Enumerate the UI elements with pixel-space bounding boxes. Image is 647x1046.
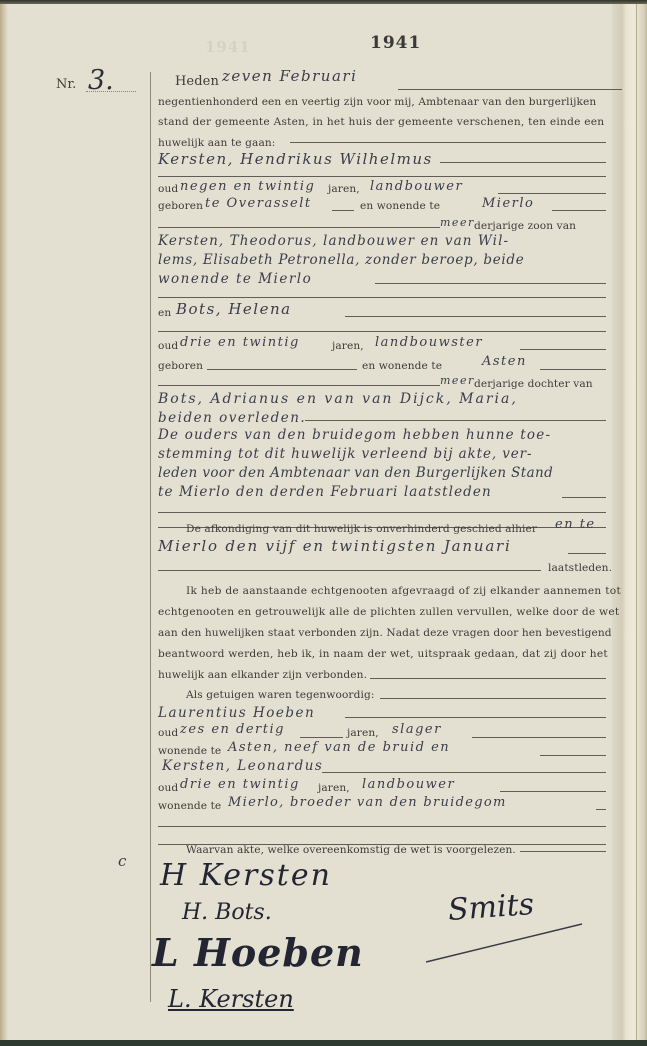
binding-fold-line — [636, 4, 637, 1040]
declaration-line-2: echtgenooten en getrouwelijk alle de pli… — [158, 606, 619, 618]
witnesses-intro: Als getuigen waren tegenwoordig: — [186, 689, 375, 701]
groom-wonende-label: en wonende te — [360, 200, 440, 212]
witness-2-jaren-label: jaren, — [318, 782, 350, 794]
signature-witness-2: L. Kersten — [168, 985, 294, 1013]
blank-rule — [158, 297, 606, 298]
groom-residence: Mierlo — [482, 196, 534, 211]
scan-bottom-edge — [0, 1040, 647, 1046]
margin-vertical-rule — [150, 72, 151, 1002]
bride-geboren-label: geboren — [158, 360, 203, 372]
residence-fill-line — [552, 210, 606, 211]
groom-jaren-label: jaren, — [328, 183, 360, 195]
declaration-line-1: Ik heb de aanstaande echtgenooten afgevr… — [186, 585, 621, 597]
proclamation-fill-line — [568, 553, 606, 554]
groom-parents-line-2: lems, Elisabeth Petronella, zonder beroe… — [158, 252, 524, 268]
signature-bride: H. Bots. — [182, 900, 272, 925]
bride-status-printed: derjarige dochter van — [474, 378, 593, 390]
status-fill-line — [158, 227, 440, 228]
bride-en-label: en — [158, 307, 171, 319]
bride-status-prefix: meer — [440, 374, 475, 387]
groom-geboren-label: geboren — [158, 200, 203, 212]
intro-fill-line — [290, 142, 606, 143]
witness-2-name: Kersten, Leonardus — [162, 758, 323, 774]
bride-name-fill-line — [345, 316, 606, 317]
declaration-fill-line — [370, 678, 606, 679]
signature-groom: H Kersten — [160, 858, 332, 893]
groom-parents-line-1: Kersten, Theodorus, landbouwer en van Wi… — [158, 233, 509, 249]
groom-birthplace: te Overasselt — [205, 196, 312, 211]
groom-status-printed: derjarige zoon van — [474, 220, 576, 232]
occupation-fill-line — [472, 737, 606, 738]
marriage-date: zeven Februari — [222, 67, 357, 85]
page-year: 1941 — [370, 33, 421, 53]
witness-2-age: drie en twintig — [180, 777, 300, 792]
blank-rule — [158, 176, 606, 177]
blank-rule — [158, 512, 606, 513]
consent-line-2: stemming tot dit huwelijk verleend bij a… — [158, 446, 532, 462]
laatstleden-label: laatstleden. — [548, 562, 612, 574]
groom-name-fill-line — [440, 162, 606, 163]
registrar-signature-stroke — [420, 920, 590, 970]
date-fill-line — [398, 89, 622, 90]
intro-line-1: negentienhonderd een en veertig zijn voo… — [158, 96, 596, 108]
proclamation-handwritten-end: en te — [555, 517, 596, 532]
birthplace-fill-line — [332, 210, 354, 211]
bride-residence: Asten — [482, 354, 527, 369]
page-left-edge — [0, 4, 8, 1040]
margin-annotation: c — [118, 852, 126, 870]
occupation-fill-line — [520, 349, 606, 350]
proclamation-fill-line-2 — [158, 570, 541, 571]
declaration-line-4: beantwoord werden, heb ik, in naam der w… — [158, 648, 608, 660]
consent-line-3: leden voor den Ambtenaar van den Burgerl… — [158, 465, 553, 481]
parents-fill-line — [375, 283, 606, 284]
book-binding — [612, 4, 647, 1040]
consent-line-4: te Mierlo den derden Februari laatstlede… — [158, 484, 492, 500]
witness-2-occupation: landbouwer — [362, 777, 455, 792]
groom-status-prefix: meer — [440, 216, 475, 229]
bride-name: Bots, Helena — [176, 300, 292, 318]
parents-fill-line — [305, 420, 606, 421]
bride-oud-label: oud — [158, 340, 178, 352]
witnesses-fill-line — [380, 698, 606, 699]
record-number-dotted-line — [86, 91, 136, 92]
bride-parents-line-1: Bots, Adrianus en van van Dijck, Maria, — [158, 391, 518, 407]
witness-2-residence: Mierlo, broeder van den bruidegom — [228, 795, 507, 810]
groom-oud-label: oud — [158, 183, 178, 195]
groom-parents-line-3: wonende te Mierlo — [158, 271, 312, 287]
groom-age: negen en twintig — [180, 179, 315, 194]
record-number-label: Nr. — [56, 77, 76, 92]
witness-1-age: zes en dertig — [180, 722, 285, 737]
bride-wonende-label: en wonende te — [362, 360, 442, 372]
witness-1-jaren-label: jaren, — [347, 727, 379, 739]
groom-name: Kersten, Hendrikus Wilhelmus — [158, 150, 433, 168]
occupation-fill-line — [498, 193, 606, 194]
bride-occupation: landbouwster — [375, 335, 483, 350]
signature-witness-1: L Hoeben — [152, 930, 364, 975]
occupation-fill-line — [500, 791, 606, 792]
closing-text: Waarvan akte, welke overeenkomstig de we… — [186, 844, 516, 856]
bleed-through-year: 1941 — [205, 38, 251, 56]
intro-line-2: stand der gemeente Asten, in het huis de… — [158, 116, 604, 128]
witness-2-name-fill-line — [322, 772, 606, 773]
closing-fill-line — [520, 851, 606, 852]
proclamation-text: De afkondiging van dit huwelijk is onver… — [186, 523, 537, 535]
residence-fill-line — [596, 809, 606, 810]
intro-line-3: huwelijk aan te gaan: — [158, 137, 275, 149]
witness-1-oud-label: oud — [158, 727, 178, 739]
heden-label: Heden — [175, 74, 219, 89]
residence-fill-line — [540, 755, 606, 756]
groom-occupation: landbouwer — [370, 179, 463, 194]
bride-jaren-label: jaren, — [332, 340, 364, 352]
declaration-line-5: huwelijk aan elkander zijn verbonden. — [158, 669, 367, 681]
witness-1-wonende-label: wonende te — [158, 745, 221, 757]
declaration-line-3: aan den huwelijken staat verbonden zijn.… — [158, 627, 612, 639]
blank-rule — [158, 331, 606, 332]
blank-rule — [158, 826, 606, 827]
age-fill-line — [300, 737, 343, 738]
witness-2-oud-label: oud — [158, 782, 178, 794]
status-fill-line — [158, 385, 440, 386]
witness-1-name: Laurentius Hoeben — [158, 705, 315, 721]
consent-line-1: De ouders van den bruidegom hebben hunne… — [158, 427, 551, 443]
witness-1-name-fill-line — [345, 717, 606, 718]
residence-fill-line — [540, 369, 606, 370]
witness-1-residence: Asten, neef van de bruid en — [228, 740, 450, 755]
consent-fill-line — [562, 497, 606, 498]
witness-1-occupation: slager — [392, 722, 442, 737]
proclamation-handwritten-line: Mierlo den vijf en twintigsten Januari — [158, 537, 512, 555]
bride-parents-line-2: beiden overleden. — [158, 410, 306, 426]
witness-2-wonende-label: wonende te — [158, 800, 221, 812]
bride-birthplace-blank — [207, 369, 357, 370]
bride-age: drie en twintig — [180, 335, 300, 350]
